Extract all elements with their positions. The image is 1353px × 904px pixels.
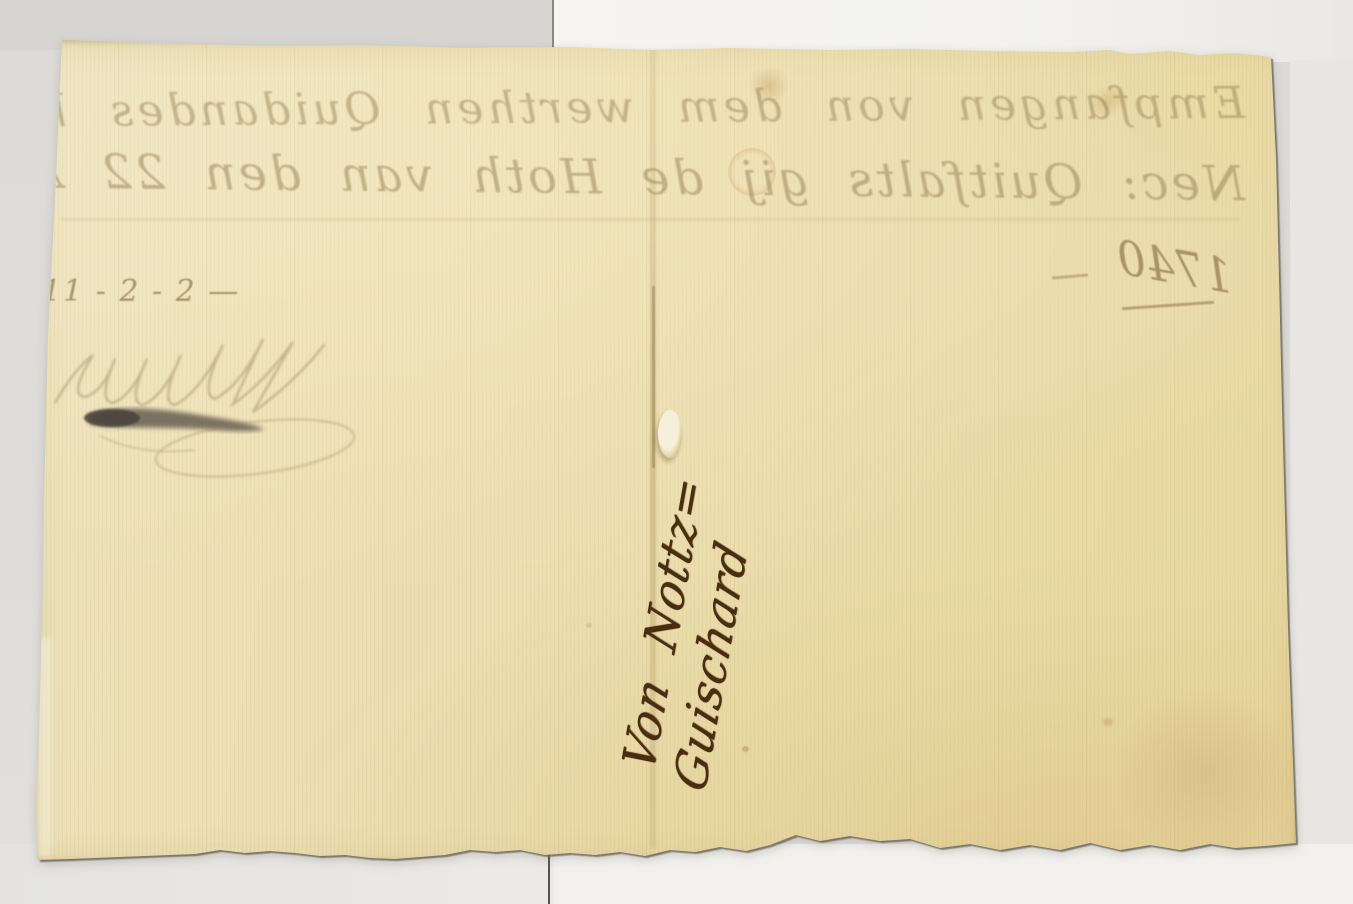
bleedthrough-amount: 11 - 2 - 2 — <box>42 274 240 309</box>
bleedthrough-year: 1740 <box>1116 230 1233 305</box>
manuscript-paper: Empfangen von dem werthen Quidandes haav… <box>30 38 1300 866</box>
scanned-document-photo: Empfangen von dem werthen Quidandes haav… <box>0 0 1353 904</box>
bleedthrough-signature-smudge <box>40 308 380 518</box>
stain-spot <box>748 68 790 104</box>
fold-crease-vertical-dark <box>652 286 655 468</box>
stain-streak <box>1082 80 1133 122</box>
bleedthrough-line-1: Empfangen von dem werthen Quidandes haav… <box>70 78 1245 137</box>
bleedthrough-year-underline <box>1122 301 1214 310</box>
stain-speck <box>742 746 749 752</box>
stain-speck <box>586 623 592 628</box>
stain-ring <box>728 148 776 196</box>
corner-shading <box>1110 688 1300 858</box>
bleedthrough-year-dash <box>1052 273 1088 279</box>
signature-scrawl-stroke <box>55 339 325 412</box>
fold-crease-horizontal <box>60 218 1240 221</box>
left-edge-foldover <box>38 638 51 858</box>
manuscript-paper-wrapper: Empfangen von dem werthen Quidandes haav… <box>30 38 1300 866</box>
ink-smudge-core <box>84 409 140 427</box>
stain-speck <box>1103 718 1113 726</box>
